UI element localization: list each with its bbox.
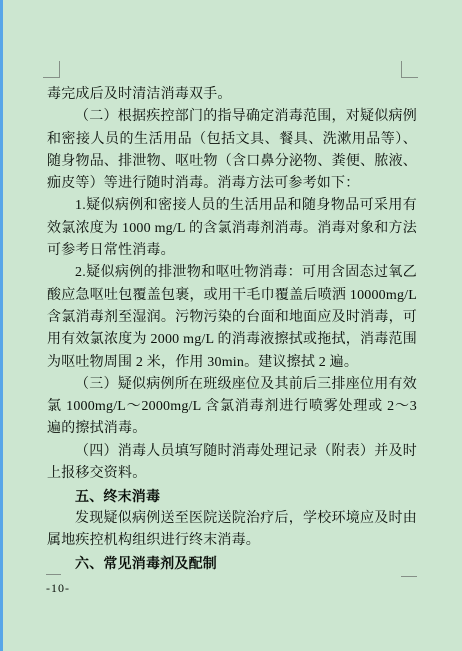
body-paragraph[interactable]: 2.疑似病例的排泄物和呕吐物消毒：可用含固态过氧乙酸应急呕吐包覆盖包裹，或用干毛… <box>47 262 417 373</box>
document-text-area[interactable]: 毒完成后及时清洁消毒双手。（二）根据疾控部门的指导确定消毒范围，对疑似病例和密接… <box>47 84 417 575</box>
body-paragraph[interactable]: （二）根据疾控部门的指导确定消毒范围，对疑似病例和密接人员的生活用品（包括文具、… <box>47 106 417 195</box>
window-edge-strip <box>0 0 3 651</box>
body-paragraph[interactable]: 毒完成后及时清洁消毒双手。 <box>47 84 417 106</box>
body-paragraph[interactable]: （四）消毒人员填写随时消毒处理记录（附表）并及时上报移交资料。 <box>47 441 417 486</box>
body-paragraph[interactable]: （三）疑似病例所在班级座位及其前后三排座位用有效氯 1000mg/L～2000m… <box>47 374 417 441</box>
heading-paragraph[interactable]: 五、终末消毒 <box>47 485 417 507</box>
heading-paragraph[interactable]: 六、常见消毒剂及配制 <box>47 552 417 574</box>
body-paragraph[interactable]: 发现疑似病例送至医院送院治疗后，学校环境应及时由属地疾控机构组织进行终末消毒。 <box>47 508 417 553</box>
margin-crop-mark-top-left <box>43 61 60 78</box>
margin-crop-mark-top-right <box>401 61 418 78</box>
margin-crop-mark-bottom-right <box>401 576 417 577</box>
body-paragraph[interactable]: 1.疑似病例和密接人员的生活用品和随身物品可采用有效氯浓度为 1000 mg/L… <box>47 195 417 262</box>
page-number: -10- <box>46 581 70 596</box>
document-page: 毒完成后及时清洁消毒双手。（二）根据疾控部门的指导确定消毒范围，对疑似病例和密接… <box>0 0 462 651</box>
